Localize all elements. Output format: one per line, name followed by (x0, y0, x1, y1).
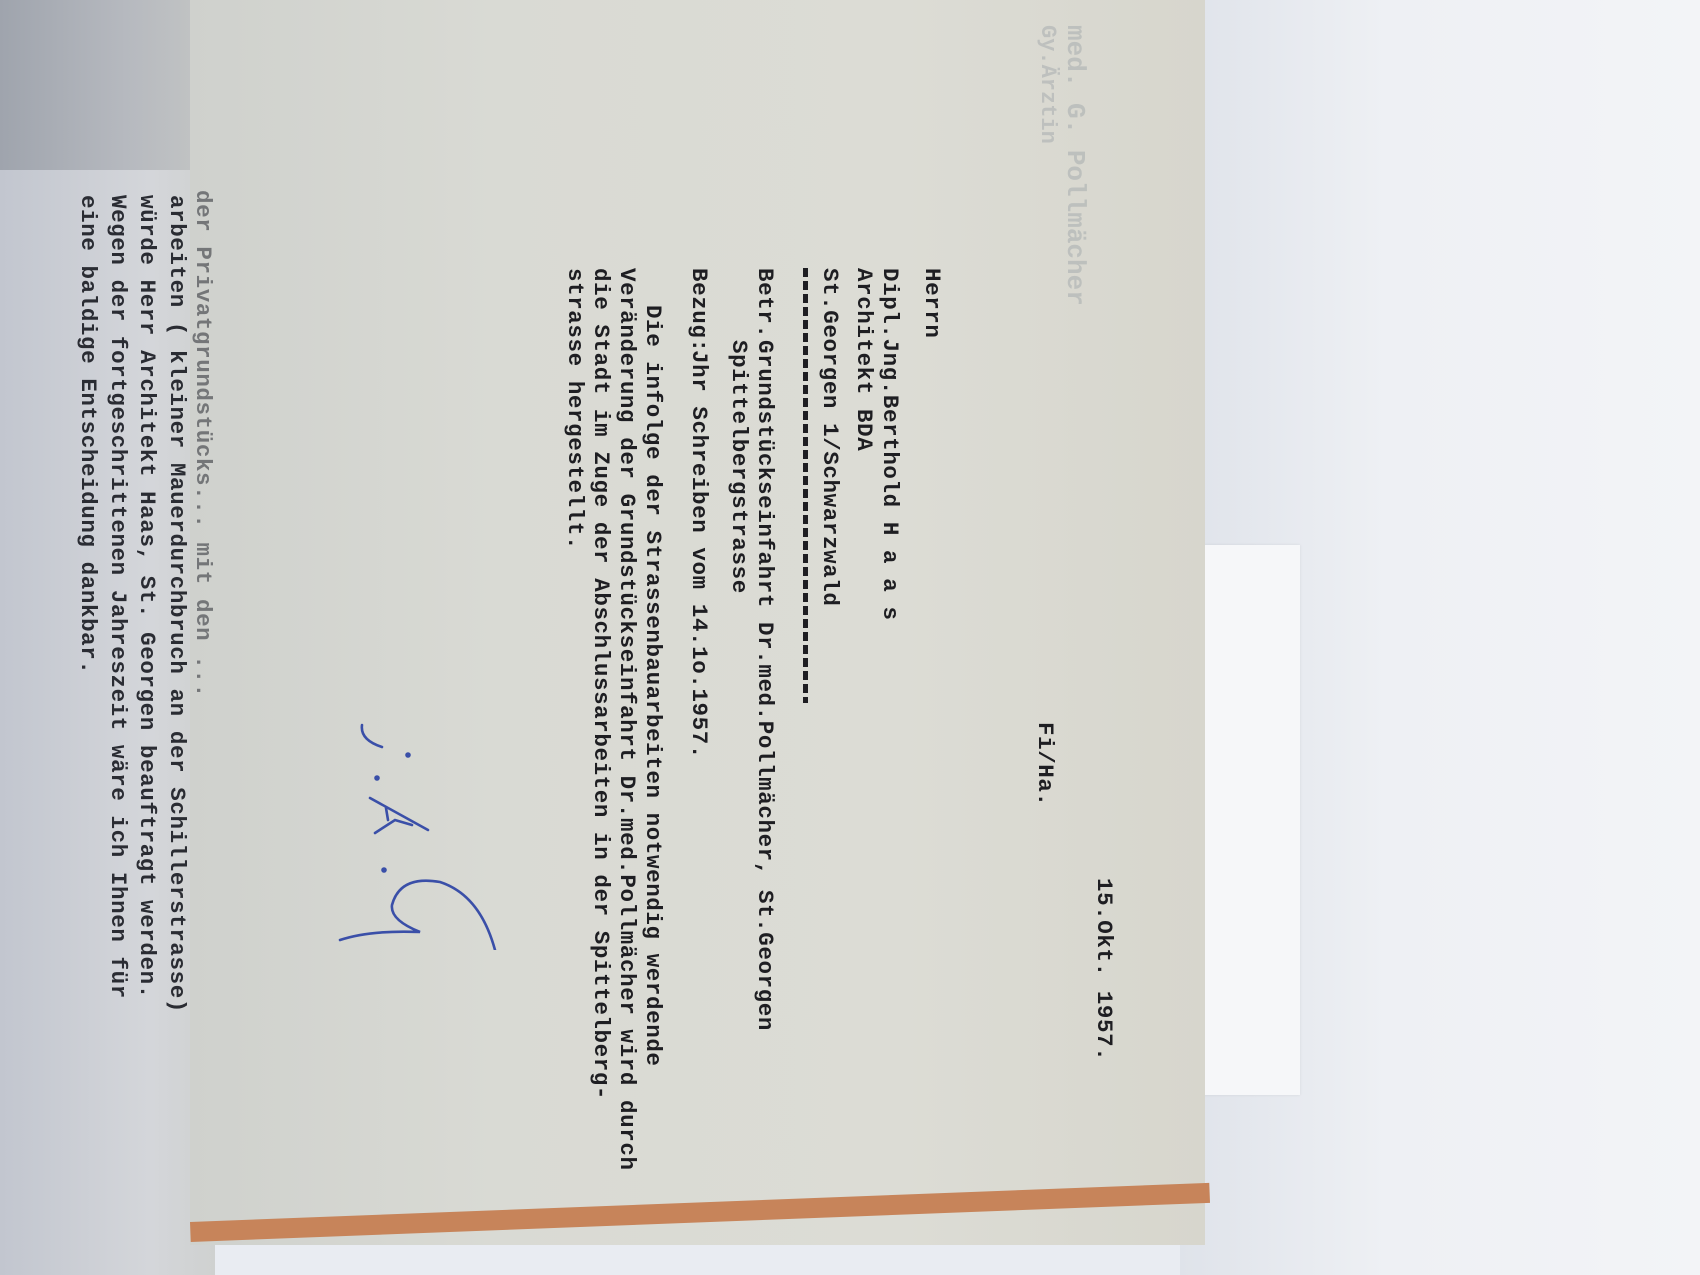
body-line-4: strasse hergestellt. (562, 268, 588, 550)
subject-line-2: Spittelbergstrasse (726, 340, 752, 594)
ghost-letterhead-sub: Gy.Ärztin (1035, 25, 1060, 144)
reference-label: Bezug: (686, 268, 712, 353)
reference-text: Jhr Schreiben vom 14.1o.1957. (686, 350, 712, 759)
body-line-2: Veränderung der Grundstückseinfahrt Dr.m… (614, 268, 640, 1171)
recipient-name: Dipl.Jng.Berthold H a a s (877, 268, 903, 621)
underlying-line-2: würde Herr Architekt Haas, St. Georgen b… (134, 195, 160, 999)
letter-date: 15.Okt. 1957. (1091, 878, 1117, 1061)
body-line-1: Die infolge der Strassenbauarbeiten notw… (640, 305, 666, 1067)
reference-initials: Fi/Ha. (1032, 722, 1058, 807)
subject-label: Betr. (752, 268, 778, 339)
handwritten-signature-icon (300, 620, 500, 950)
underlying-line-0: der Privatgrundstücks... mit den ... (190, 190, 216, 698)
ghost-letterhead: med. G. Pollmächer (1060, 25, 1090, 306)
recipient-city: St.Georgen 1/Schwarzwald (817, 268, 843, 606)
recipient-title: Architekt BDA (851, 268, 877, 451)
underlying-line-3: Wegen der fortgeschrittenen Jahreszeit w… (105, 195, 131, 999)
underlying-line-1: arbeiten ( kleiner Mauerdurchbruch an de… (164, 195, 190, 1013)
underlying-line-4: eine baldige Entscheidung dankbar. (75, 195, 101, 674)
underline-divider (803, 268, 808, 703)
body-line-3: die Stadt im Zuge der Abschlussarbeiten … (588, 268, 614, 1100)
recipient-salutation: Herrn (919, 268, 945, 339)
subject-line-1: Grundstückseinfahrt Dr.med.Pollmächer, S… (752, 340, 778, 1031)
